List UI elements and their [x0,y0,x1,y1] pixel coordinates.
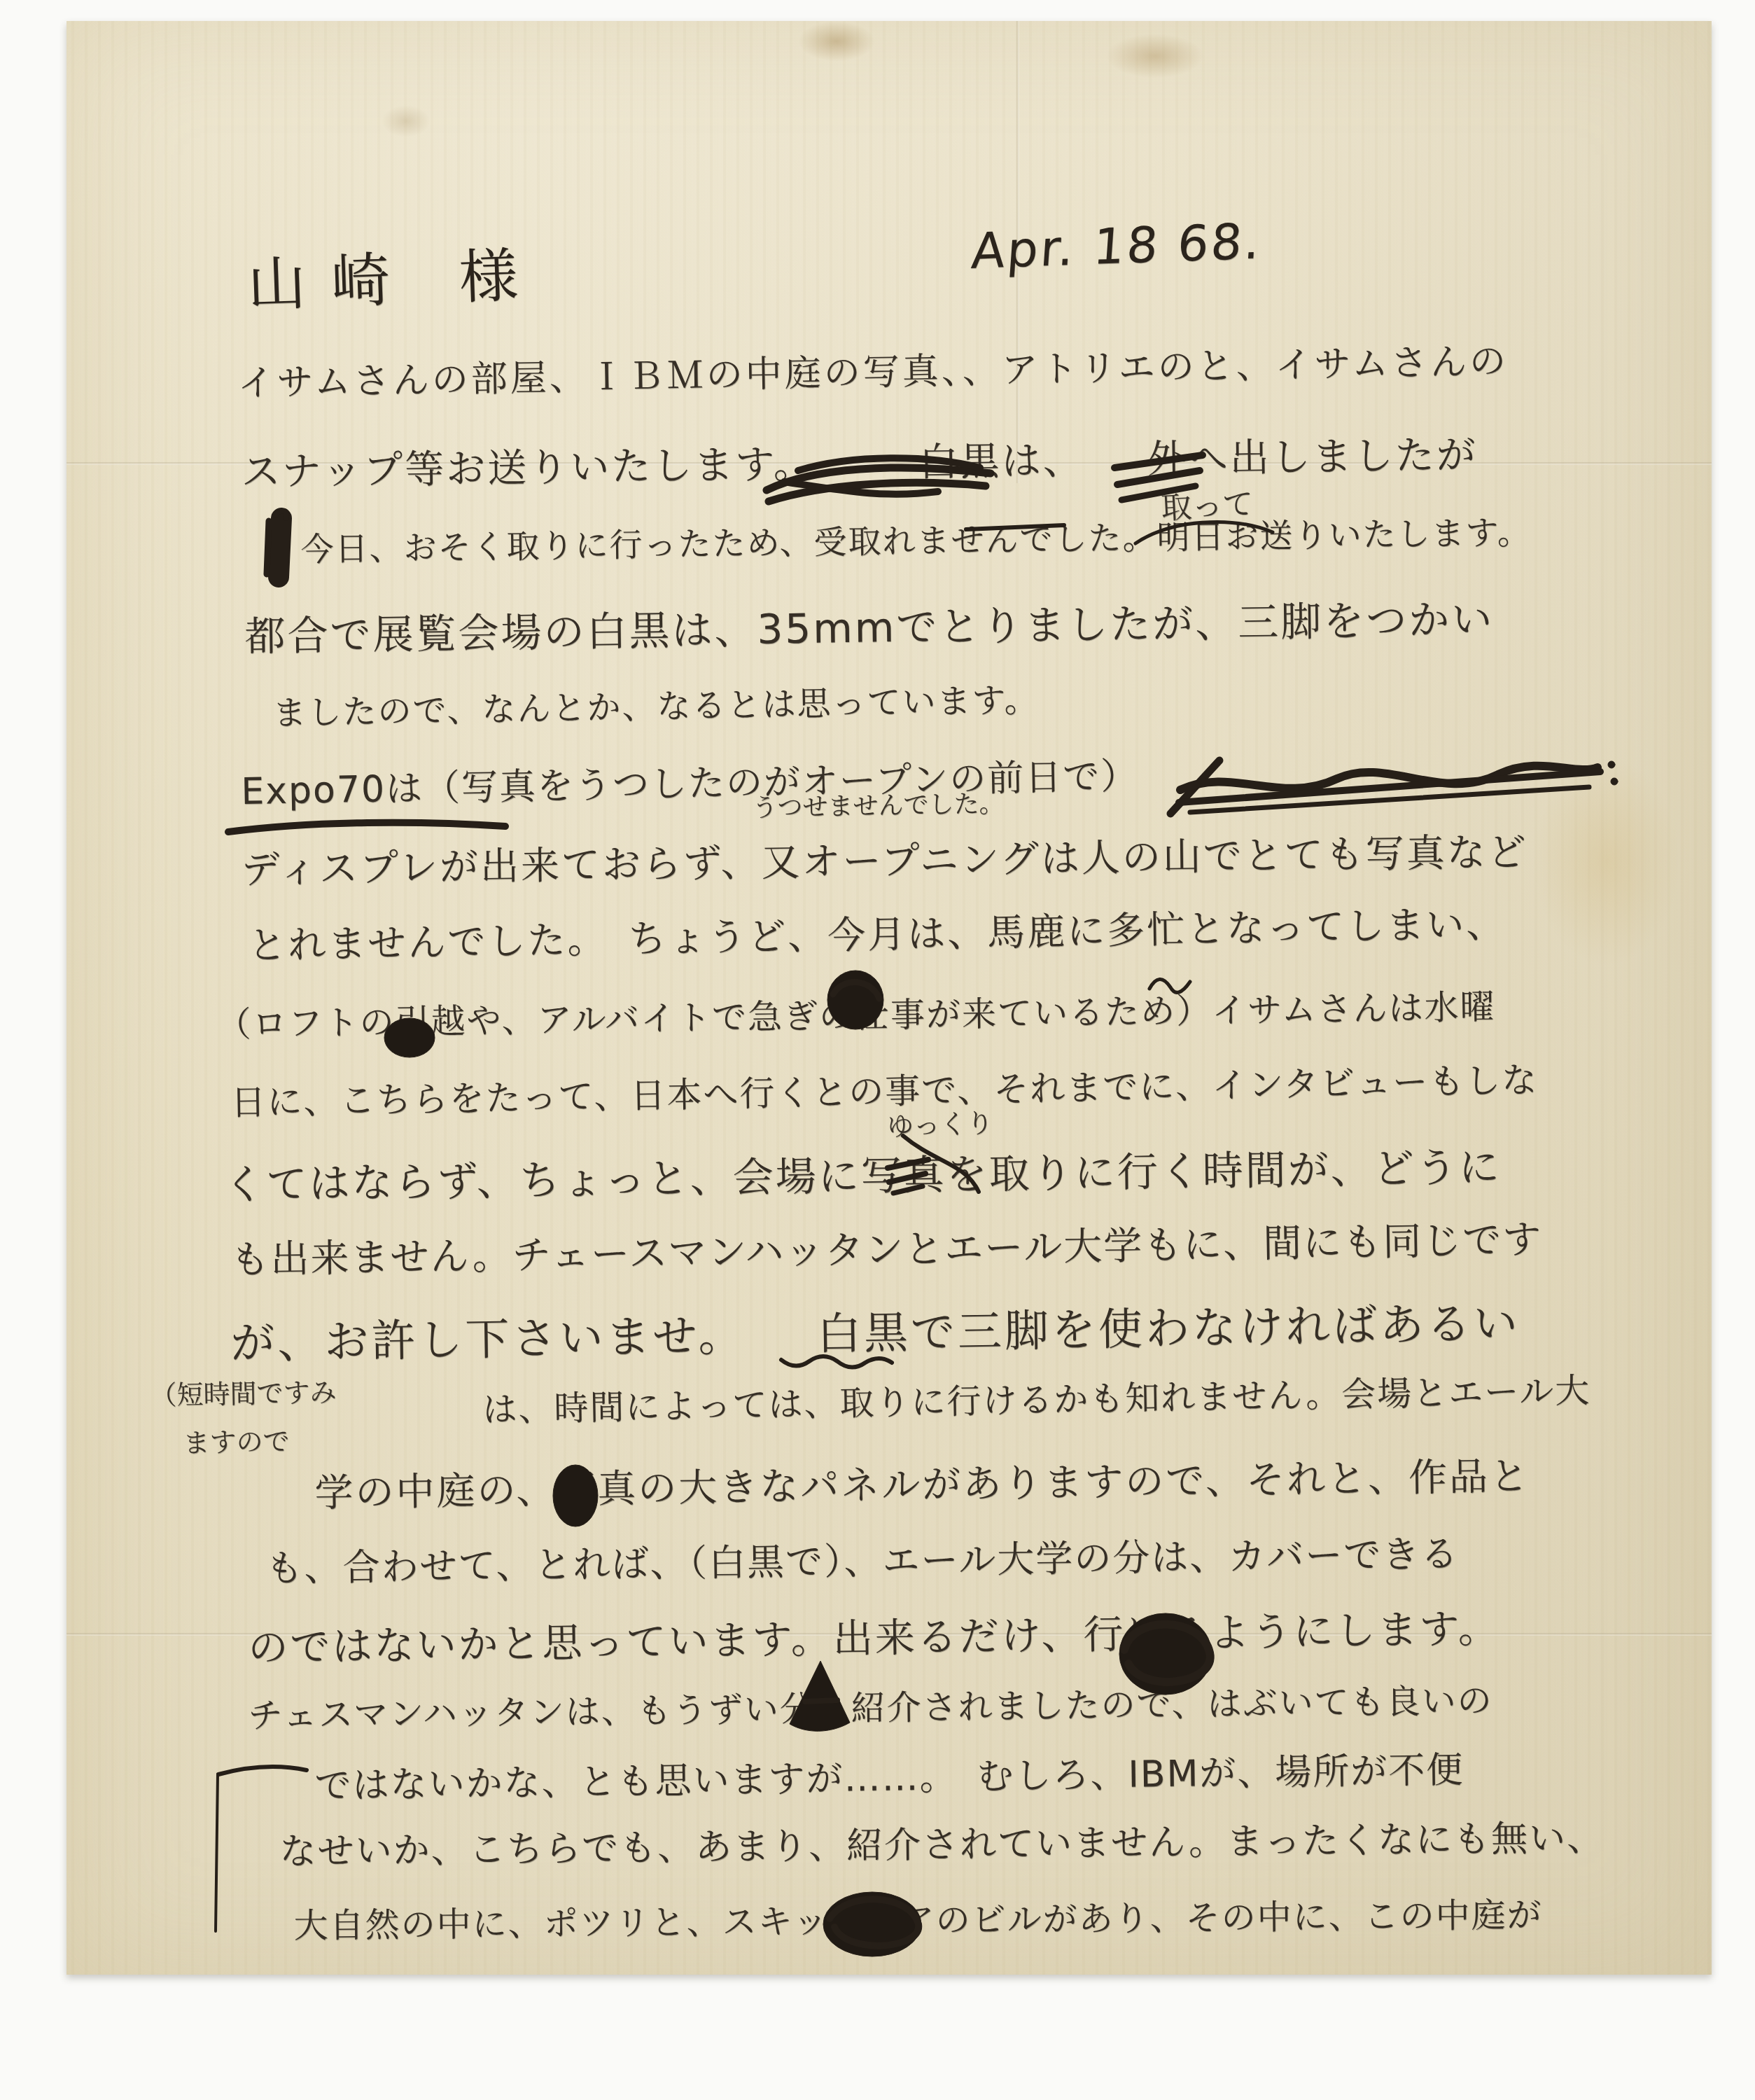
recipient-name: 山崎 様 [246,228,545,323]
interlinear-insertion-yukkuri: ゆっくり [886,1101,993,1143]
margin-note-line2: ますので [183,1419,290,1460]
interlinear-insertion-utsuse: うつせませんでした。 [752,784,1005,824]
scanned-letter-page: 山崎 様 Apr. 18 68. イサムさんの部屋、ＩＢＭの中庭の写真、、アトリ… [0,0,1755,2100]
margin-note-line1: （短時間ですみ [150,1370,337,1412]
interlinear-insertion-totte: 取って [1160,478,1254,528]
letter-date: Apr. 18 68. [970,212,1264,280]
